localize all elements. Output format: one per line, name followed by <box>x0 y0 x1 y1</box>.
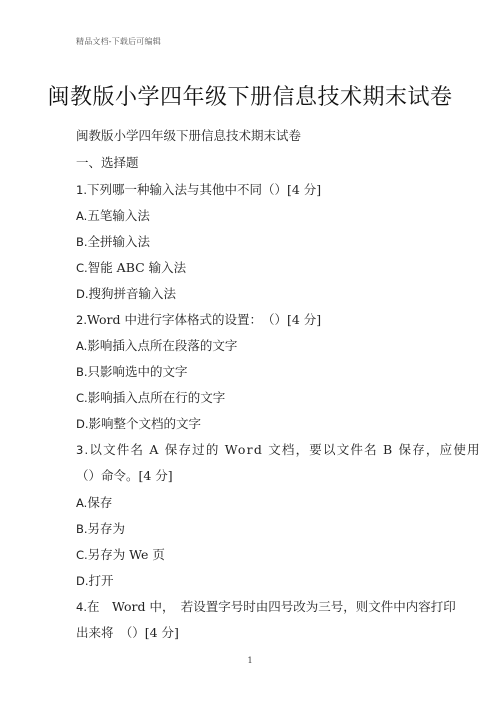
option-letter: D. <box>76 417 89 431</box>
question-3-option-b: B.另存为 <box>76 519 125 537</box>
option-letter: A. <box>76 496 87 510</box>
question-1-option-b: B.全拼输入法 <box>76 232 150 250</box>
question-3: 3.以文件名 A 保存过的 Word 文档，要以文件名 B 保存，应使用 <box>76 440 481 458</box>
option-letter: B. <box>76 522 88 536</box>
question-text: 以文件名 A 保存过的 Word 文档，要以文件名 B 保存，应使用 <box>89 442 480 457</box>
document-title: 闽教版小学四年级下册信息技术期末试卷 <box>0 80 500 111</box>
page-number: 1 <box>0 656 500 665</box>
question-1-option-c: C.智能 ABC 输入法 <box>76 258 186 276</box>
option-letter: C. <box>76 261 88 275</box>
question-text: 在 Word 中， 若设置字号时由四号改为三号，则文件中内容打印 <box>87 599 456 614</box>
option-letter: A. <box>76 209 87 223</box>
question-number: 3. <box>76 443 89 457</box>
option-letter: D. <box>76 574 89 588</box>
option-text: 保存 <box>87 495 112 510</box>
option-text: 智能 ABC 输入法 <box>88 260 186 275</box>
option-text: 影响插入点所在行的文字 <box>88 390 226 405</box>
question-1-option-a: A.五笔输入法 <box>76 206 150 224</box>
page-header-note: 精品文档-下载后可编辑 <box>76 36 161 47</box>
question-2-option-b: B.只影响选中的文字 <box>76 362 188 380</box>
question-3-option-a: A.保存 <box>76 493 112 511</box>
document-subtitle: 闽教版小学四年级下册信息技术期末试卷 <box>76 126 301 144</box>
question-3-continued: （）命令。[4 分] <box>76 466 173 484</box>
question-4-continued: 出来将 （）[4 分] <box>76 623 179 641</box>
option-letter: C. <box>76 548 88 562</box>
question-text: 下列哪一种输入法与其他中不同（）[4 分] <box>87 182 321 197</box>
option-text: 全拼输入法 <box>88 234 151 249</box>
option-letter: B. <box>76 235 88 249</box>
question-2-option-d: D.影响整个文档的文字 <box>76 414 201 432</box>
option-letter: C. <box>76 391 88 405</box>
question-2-option-a: A.影响插入点所在段落的文字 <box>76 336 237 354</box>
option-text: 搜狗拼音输入法 <box>89 286 177 301</box>
option-text: 打开 <box>89 573 114 588</box>
question-number: 1. <box>76 183 87 197</box>
option-letter: A. <box>76 339 87 353</box>
question-3-option-c: C.另存为 We 页 <box>76 545 165 563</box>
question-2: 2.Word 中进行字体格式的设置： （）[4 分] <box>76 310 321 328</box>
option-text: 影响整个文档的文字 <box>89 416 202 431</box>
question-1: 1.下列哪一种输入法与其他中不同（）[4 分] <box>76 180 321 198</box>
question-1-option-d: D.搜狗拼音输入法 <box>76 284 176 302</box>
option-text: 另存为 We 页 <box>88 547 165 562</box>
question-number: 2. <box>76 313 87 327</box>
option-text: 影响插入点所在段落的文字 <box>87 338 237 353</box>
option-text: 五笔输入法 <box>87 208 150 223</box>
option-letter: D. <box>76 287 89 301</box>
question-2-option-c: C.影响插入点所在行的文字 <box>76 388 225 406</box>
question-number: 4. <box>76 600 87 614</box>
question-text: Word 中进行字体格式的设置： （）[4 分] <box>87 312 321 327</box>
question-3-option-d: D.打开 <box>76 571 114 589</box>
option-letter: B. <box>76 365 88 379</box>
option-text: 另存为 <box>88 521 126 536</box>
question-4: 4.在 Word 中， 若设置字号时由四号改为三号，则文件中内容打印 <box>76 597 456 615</box>
section-heading: 一、选择题 <box>76 153 139 171</box>
option-text: 只影响选中的文字 <box>88 364 188 379</box>
